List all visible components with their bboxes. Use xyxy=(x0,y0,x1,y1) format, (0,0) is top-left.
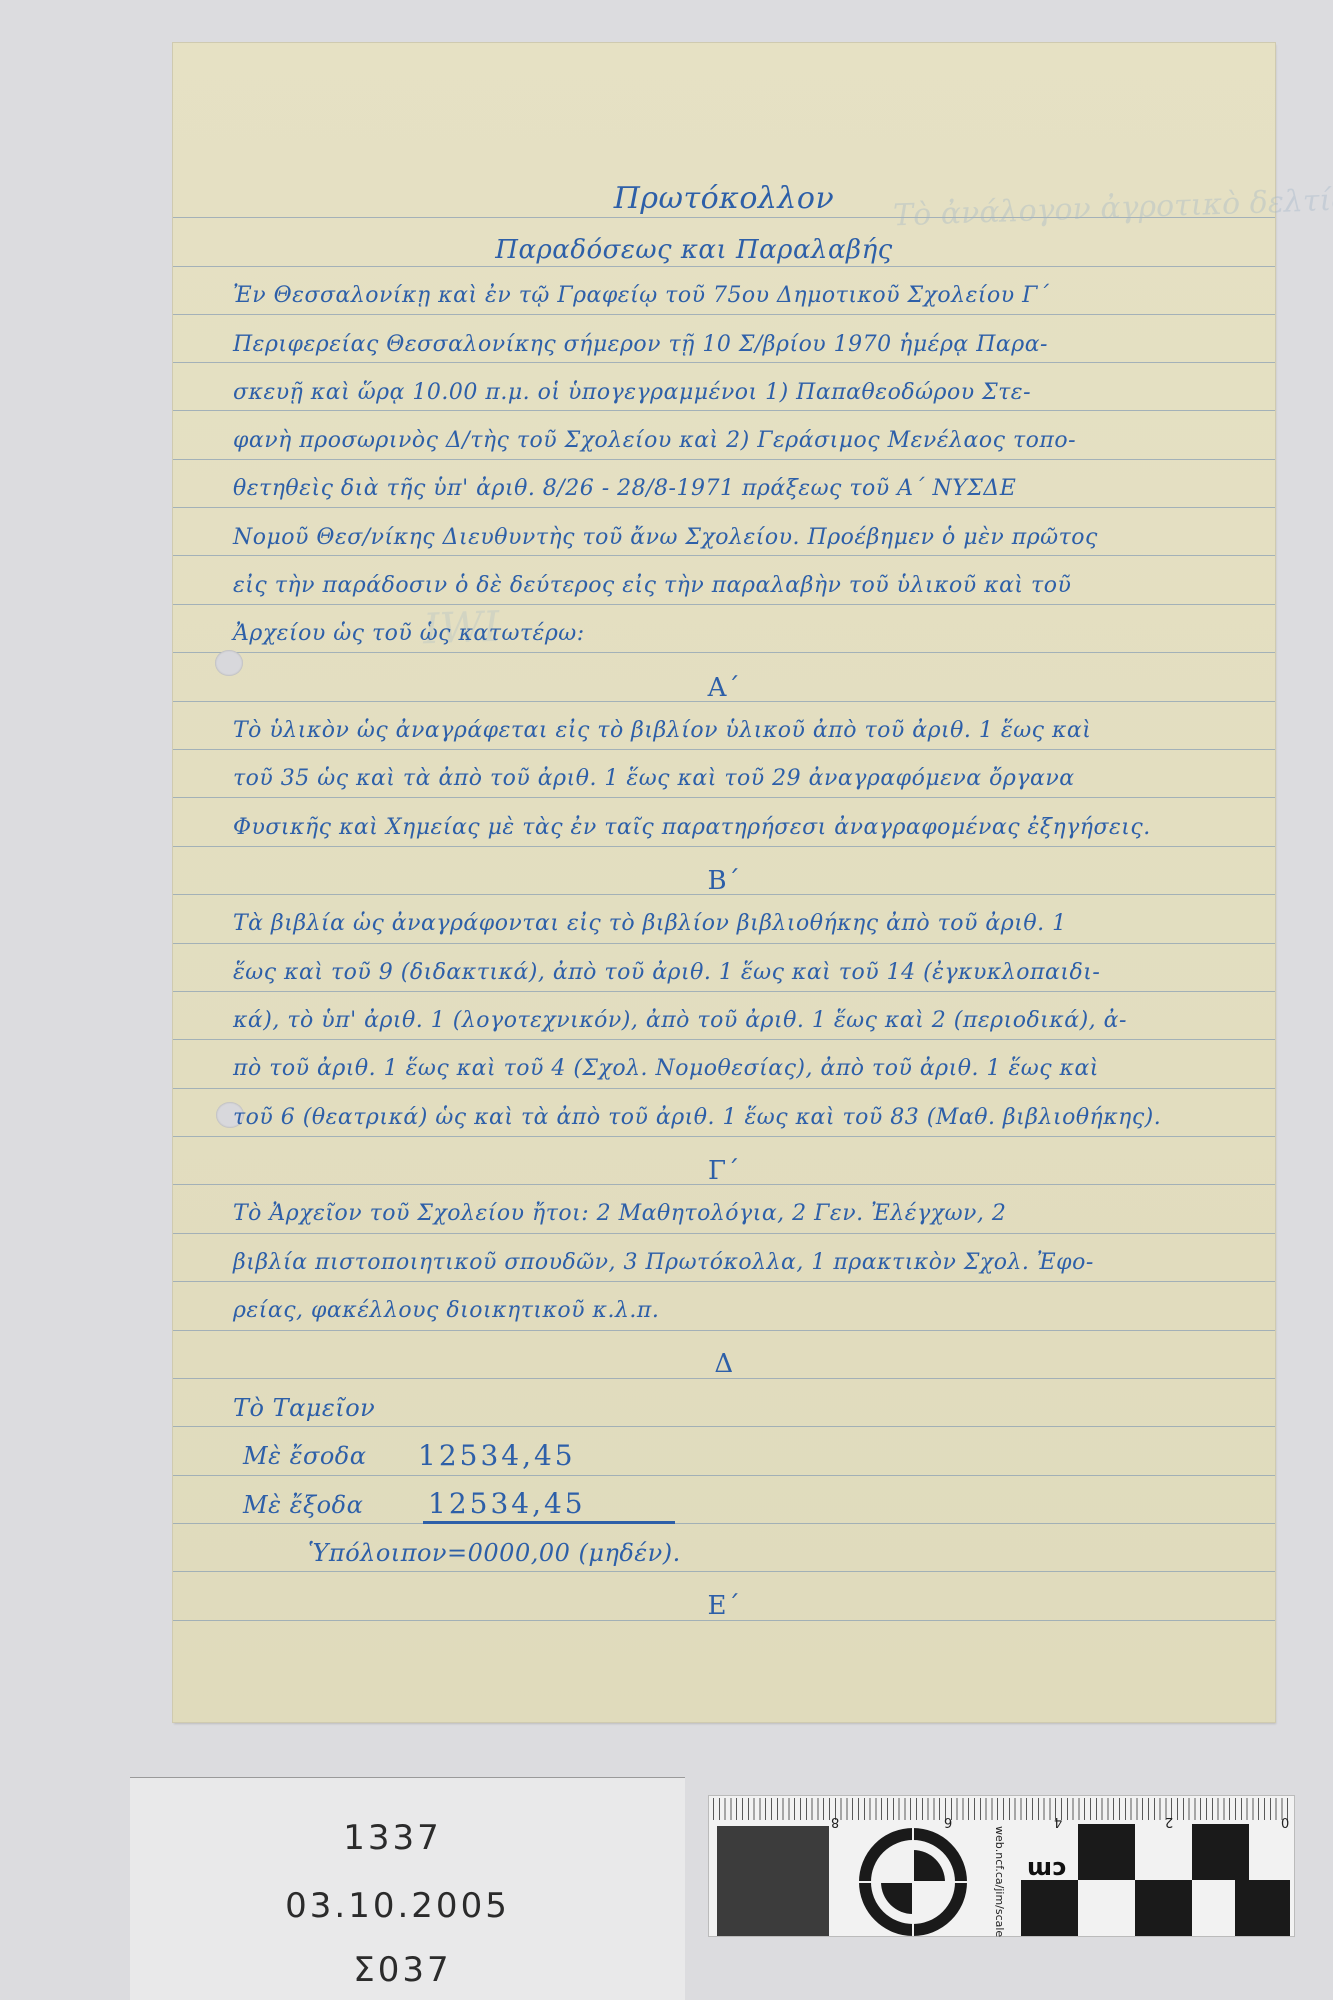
ruled-line xyxy=(173,652,1275,653)
tick-label: 2 xyxy=(1165,1814,1173,1829)
ruled-line xyxy=(173,1523,1275,1524)
cash-label: Τὸ Ταμεῖον xyxy=(233,1394,375,1422)
section-heading-c: Γ΄ xyxy=(173,1156,1275,1186)
checker-square xyxy=(1135,1880,1192,1936)
tick-label: 6 xyxy=(944,1814,952,1829)
section-heading-a: Α΄ xyxy=(173,673,1275,703)
section-heading-b: Β΄ xyxy=(173,866,1275,896)
ruled-line xyxy=(173,459,1275,460)
intro-line: θετηθεὶς διὰ τῆς ὑπ' ἀριθ. 8/26 - 28/8-1… xyxy=(233,476,1016,501)
income-value: 12534,45 xyxy=(418,1439,576,1472)
intro-line: φανὴ προσωρινὸς Δ/τὴς τοῦ Σχολείου καὶ 2… xyxy=(233,428,1076,453)
intro-line: Νομοῦ Θεσ/νίκης Διευθυντὴς τοῦ ἄνω Σχολε… xyxy=(233,525,1098,550)
handwritten-document-page: Τὸ ἀνάλογον ἀγροτικὸ δελτίον βιβλίον IWI… xyxy=(173,43,1275,1722)
archive-label-card: 1337 03.10.2005 Σ037 xyxy=(130,1778,685,2000)
ruled-line xyxy=(173,604,1275,605)
intro-line: Ἀρχείου ὡς τοῦ ὡς κατωτέρω: xyxy=(233,621,585,646)
intro-line: σκευῇ καὶ ὥρᾳ 10.00 π.μ. οἱ ὑπογεγραμμέν… xyxy=(233,380,1031,405)
balance-line: Ὑπόλοιπον=0000,00 (μηδέν). xyxy=(308,1539,681,1567)
ruled-line xyxy=(173,1281,1275,1282)
section-c-line: βιβλία πιστοποιητικοῦ σπουδῶν, 3 Πρωτόκο… xyxy=(233,1250,1094,1275)
document-subtitle: Παραδόσεως και Παραλαβής xyxy=(113,235,1275,265)
archive-date: 03.10.2005 xyxy=(110,1886,685,1926)
archive-code: Σ037 xyxy=(120,1950,685,1990)
section-a-line: Τὸ ὑλικὸν ὡς ἀναγράφεται εἰς τὸ βιβλίον … xyxy=(233,718,1091,743)
grey-reference-patch xyxy=(717,1826,829,1936)
ruled-line xyxy=(173,1088,1275,1089)
ruled-line xyxy=(173,1136,1275,1137)
ruler-ticks xyxy=(713,1798,1290,1820)
checker-square xyxy=(1078,1824,1135,1880)
expense-label: Μὲ ἔξοδα xyxy=(243,1491,363,1519)
tick-label: 0 xyxy=(1281,1814,1289,1829)
sum-underline xyxy=(423,1521,675,1524)
ruled-line xyxy=(173,1039,1275,1040)
section-heading-d: Δ xyxy=(173,1349,1275,1379)
ruled-line xyxy=(173,410,1275,411)
intro-line: Περιφερείας Θεσσαλονίκης σήμερον τῇ 10 Σ… xyxy=(233,332,1048,357)
ruled-line xyxy=(173,846,1275,847)
measurement-scale-card: 0 2 4 6 8 web.ncf.ca/jim/scale cm xyxy=(708,1795,1295,1937)
ruled-line xyxy=(173,1233,1275,1234)
expense-value: 12534,45 xyxy=(428,1487,586,1520)
archive-number: 1337 xyxy=(100,1818,685,1858)
ruled-line xyxy=(173,749,1275,750)
document-title: Πρωτόκολλον xyxy=(173,181,1275,216)
tick-label: 8 xyxy=(831,1814,839,1829)
section-b-line: ἕως καὶ τοῦ 9 (διδακτικά), ἀπὸ τοῦ ἀριθ.… xyxy=(233,960,1100,985)
ruled-line xyxy=(173,1330,1275,1331)
section-a-line: τοῦ 35 ὡς καὶ τὰ ἀπὸ τοῦ ἀριθ. 1 ἕως καὶ… xyxy=(233,766,1075,791)
section-b-line: Τὰ βιβλία ὡς ἀναγράφονται εἰς τὸ βιβλίον… xyxy=(233,911,1067,936)
section-c-line: Τὸ Ἀρχεῖον τοῦ Σχολείου ἤτοι: 2 Μαθητολό… xyxy=(233,1201,1006,1226)
tick-label: 4 xyxy=(1054,1814,1062,1829)
intro-line: Ἐν Θεσσαλονίκῃ καὶ ἐν τῷ Γραφείῳ τοῦ 75ο… xyxy=(233,283,1049,308)
checker-square xyxy=(1235,1880,1290,1936)
ruled-line xyxy=(173,797,1275,798)
target-icon xyxy=(859,1828,967,1936)
ruled-line xyxy=(173,555,1275,556)
ruled-line xyxy=(173,1426,1275,1427)
ruled-line xyxy=(173,1571,1275,1572)
section-c-line: ρείας, φακέλλους διοικητικοῦ κ.λ.π. xyxy=(233,1298,659,1323)
section-a-line: Φυσικῆς καὶ Χημείας μὲ τὰς ἐν ταῖς παρατ… xyxy=(233,815,1151,840)
checker-square xyxy=(1021,1880,1078,1936)
ruled-line xyxy=(173,507,1275,508)
ruled-line xyxy=(173,1475,1275,1476)
section-b-line: τοῦ 6 (θεατρικά) ὡς καὶ τὰ ἀπὸ τοῦ ἀριθ.… xyxy=(233,1105,1161,1130)
scale-url: web.ncf.ca/jim/scale xyxy=(993,1826,1006,1937)
ruled-line xyxy=(173,991,1275,992)
section-heading-e: Ε΄ xyxy=(173,1591,1275,1621)
ruled-line xyxy=(173,314,1275,315)
checker-square xyxy=(1192,1824,1249,1880)
section-b-line: πὸ τοῦ ἀριθ. 1 ἕως καὶ τοῦ 4 (Σχολ. Νομο… xyxy=(233,1056,1099,1081)
income-label: Μὲ ἔσοδα xyxy=(243,1442,366,1470)
ruled-line xyxy=(173,943,1275,944)
section-b-line: κά), τὸ ὑπ' ἀριθ. 1 (λογοτεχνικόν), ἀπὸ … xyxy=(233,1008,1127,1033)
ruled-line xyxy=(173,266,1275,267)
ruled-line xyxy=(173,362,1275,363)
intro-line: εἰς τὴν παράδοσιν ὁ δὲ δεύτερος εἰς τὴν … xyxy=(233,573,1071,598)
